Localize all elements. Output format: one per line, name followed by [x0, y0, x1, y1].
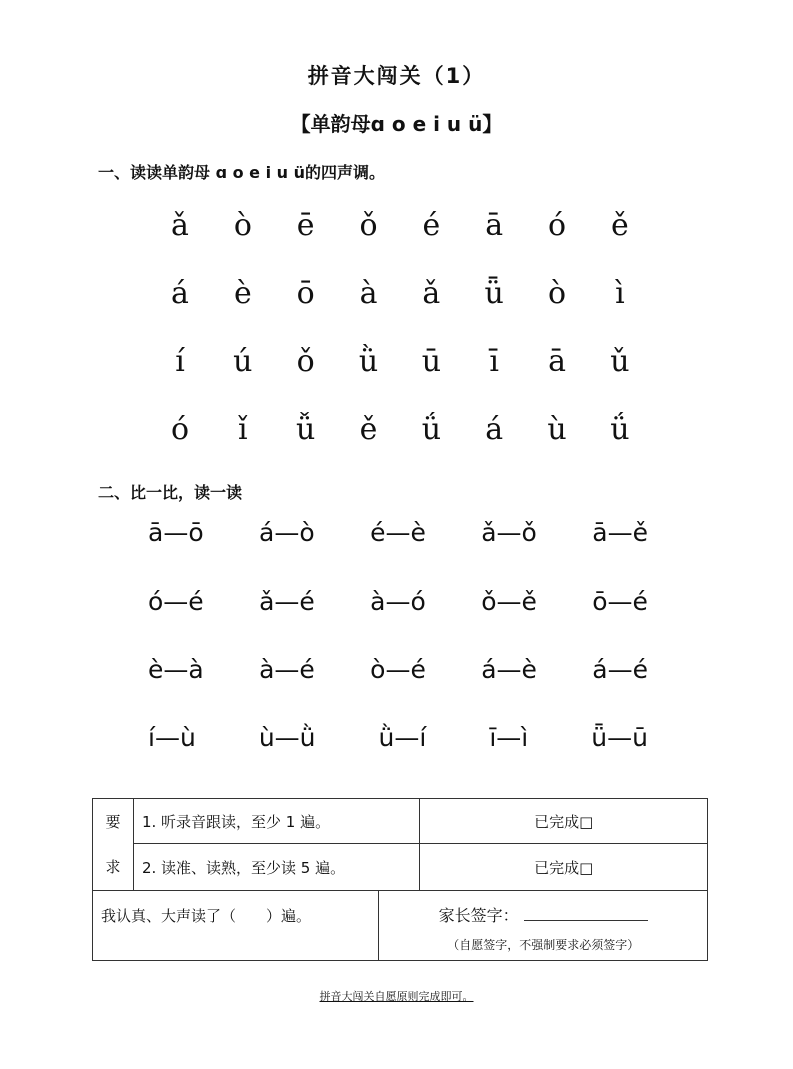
pinyin-cell: ǐ [223, 412, 263, 447]
pinyin-cell: ǖ [474, 276, 514, 311]
pinyin-cell: ǔ [600, 344, 640, 379]
pinyin-cell: ō [286, 276, 326, 311]
pinyin-pair: ǜ—í [379, 723, 427, 752]
compare-row-1: ā—ō á—ò é—è ǎ—ǒ ā—ě [148, 518, 648, 547]
pinyin-pair: ǎ—é [259, 587, 315, 616]
pinyin-cell: ǎ [411, 276, 451, 311]
pinyin-cell: ǎ [160, 208, 200, 243]
pinyin-cell: ì [600, 276, 640, 311]
footer-note-text: 拼音大闯关自愿原则完成即可。 [320, 990, 474, 1003]
pinyin-cell: ǒ [349, 208, 389, 243]
pinyin-pair: à—é [259, 655, 315, 684]
compare-row-3: è—à à—é ò—é á—è á—é [148, 655, 648, 684]
pinyin-cell: è [223, 276, 263, 311]
pinyin-cell: é [411, 208, 451, 243]
parent-signature-cell: 家长签字： （自愿签字，不强制要求必须签字） [379, 891, 708, 961]
pinyin-pair: í—ù [148, 723, 196, 752]
pinyin-cell: ī [474, 344, 514, 379]
footer-note: 拼音大闯关自愿原则完成即可。 [0, 988, 793, 1004]
requirement-item-2: 2. 读准、读熟，至少读 5 遍。 [133, 844, 419, 891]
tone-row-3: í ú ǒ ǜ ū ī ā ǔ [160, 344, 640, 379]
pinyin-cell: ǘ [411, 412, 451, 447]
pinyin-cell: í [160, 344, 200, 379]
pinyin-cell: ó [537, 208, 577, 243]
tone-row-1: ǎ ò ē ǒ é ā ó ě [160, 208, 640, 243]
pinyin-cell: ě [349, 412, 389, 447]
requirement-status-2[interactable]: 已完成□ [420, 844, 708, 891]
parent-signature-line[interactable] [524, 906, 648, 921]
pinyin-pair: ǒ—ě [481, 587, 537, 616]
pinyin-cell: á [474, 412, 514, 447]
read-count-cell[interactable]: 我认真、大声读了（ ）遍。 [93, 891, 379, 961]
read-count-text: 我认真、大声读了（ ）遍。 [101, 907, 311, 925]
pinyin-cell: ǒ [286, 344, 326, 379]
pinyin-cell: á [160, 276, 200, 311]
pinyin-pair: á—é [592, 655, 648, 684]
pinyin-cell: à [349, 276, 389, 311]
section1-heading: 一、读读单韵母 ɑ o e i u ü的四声调。 [98, 160, 385, 183]
parent-signature-note: （自愿签字，不强制要求必须签字） [379, 936, 707, 953]
requirements-label-top: 要 [93, 799, 134, 844]
pinyin-pair: ù—ǜ [259, 723, 316, 752]
page-subtitle: 【单韵母ɑ o e i u ü】 [0, 108, 793, 137]
pinyin-pair: á—è [481, 655, 537, 684]
requirements-table: 要 1. 听录音跟读，至少 1 遍。 已完成□ 求 2. 读准、读熟，至少读 5… [92, 798, 708, 961]
pinyin-pair: ā—ō [148, 518, 204, 547]
page-title: 拼音大闯关（1） [0, 60, 793, 90]
pinyin-pair: ā—ě [592, 518, 648, 547]
pinyin-pair: ō—é [592, 587, 648, 616]
pinyin-pair: è—à [148, 655, 204, 684]
tone-row-4: ó ǐ ǚ ě ǘ á ù ǘ [160, 412, 640, 447]
pinyin-cell: ě [600, 208, 640, 243]
pinyin-pair: ò—é [370, 655, 426, 684]
pinyin-cell: ù [537, 412, 577, 447]
pinyin-pair: ǎ—ǒ [481, 518, 537, 547]
pinyin-pair: á—ò [259, 518, 315, 547]
requirement-item-1: 1. 听录音跟读，至少 1 遍。 [133, 799, 419, 844]
section2-heading: 二、比一比，读一读 [98, 480, 242, 503]
pinyin-pair: é—è [370, 518, 426, 547]
compare-row-4: í—ù ù—ǜ ǜ—í ī—ì ǖ—ū [148, 723, 648, 752]
pinyin-cell: ó [160, 412, 200, 447]
pinyin-cell: ā [537, 344, 577, 379]
pinyin-cell: ò [537, 276, 577, 311]
pinyin-cell: ā [474, 208, 514, 243]
pinyin-pair: à—ó [370, 587, 426, 616]
requirements-label-bottom: 求 [93, 844, 134, 891]
compare-row-2: ó—é ǎ—é à—ó ǒ—ě ō—é [148, 587, 648, 616]
pinyin-cell: ē [286, 208, 326, 243]
pinyin-pair: ó—é [148, 587, 204, 616]
parent-signature-label: 家长签字： [439, 906, 519, 925]
pinyin-pair: ǖ—ū [591, 723, 648, 752]
requirement-status-1[interactable]: 已完成□ [420, 799, 708, 844]
pinyin-cell: ò [223, 208, 263, 243]
pinyin-pair: ī—ì [489, 723, 528, 752]
pinyin-cell: ū [411, 344, 451, 379]
tone-row-2: á è ō à ǎ ǖ ò ì [160, 276, 640, 311]
pinyin-cell: ǚ [286, 412, 326, 447]
pinyin-cell: ú [223, 344, 263, 379]
pinyin-cell: ǘ [600, 412, 640, 447]
pinyin-cell: ǜ [349, 344, 389, 379]
